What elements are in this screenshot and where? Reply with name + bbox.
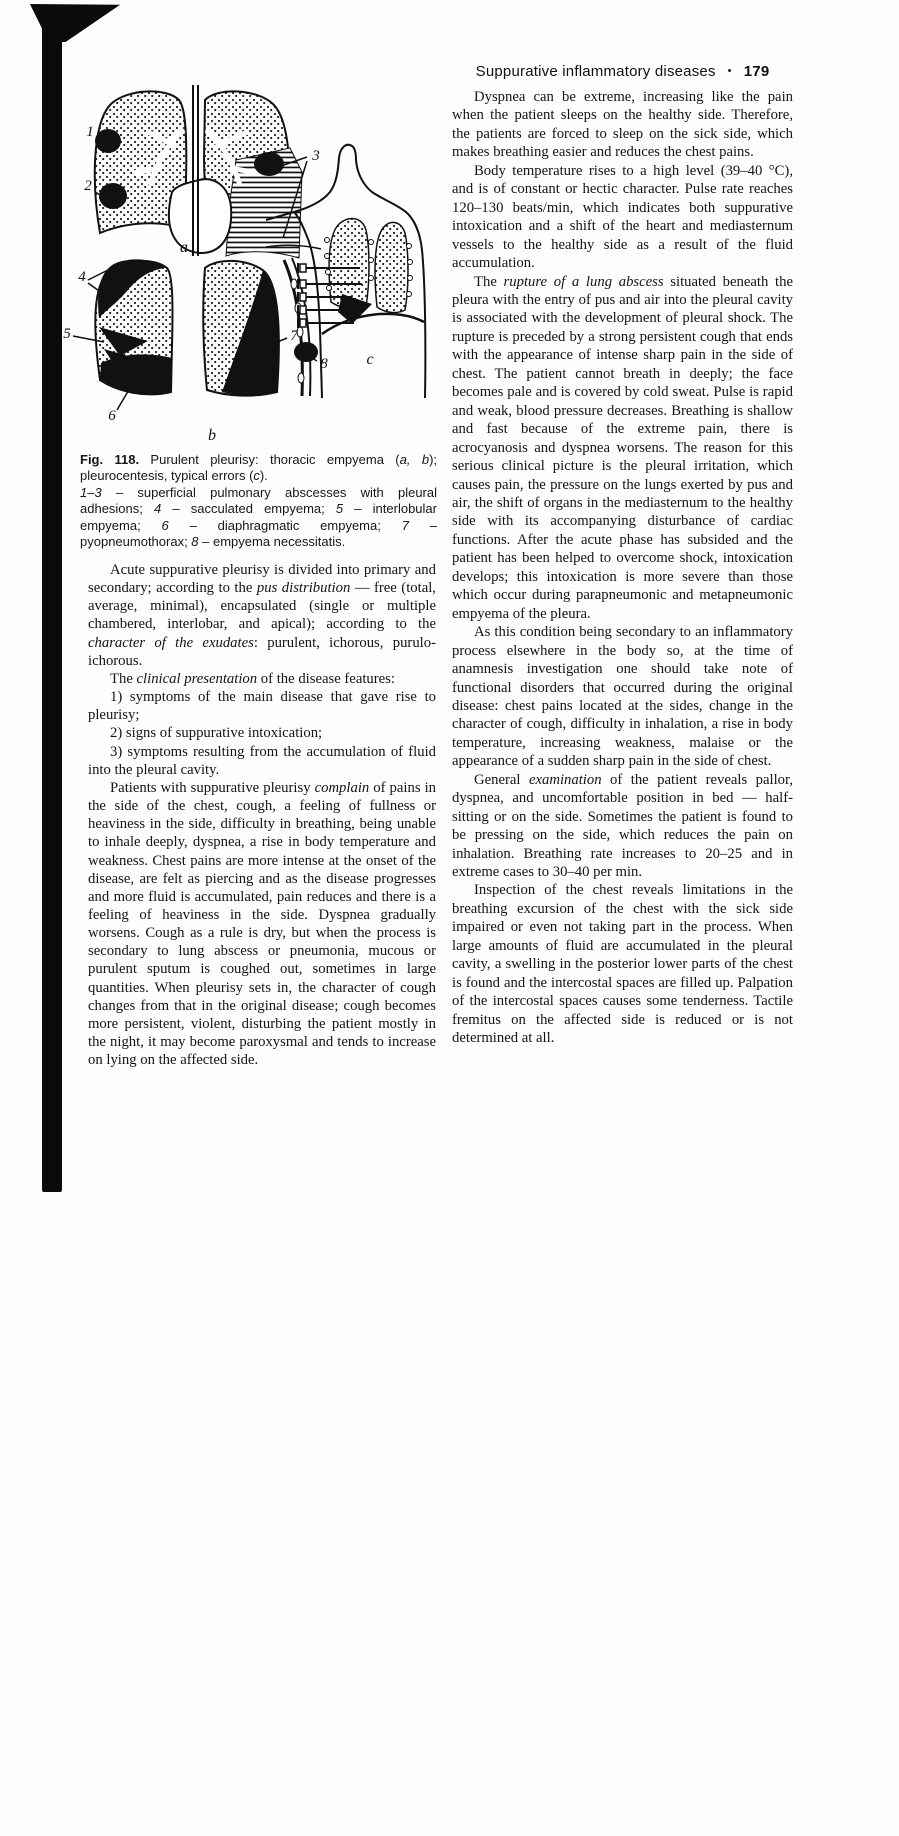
body-paragraph: Dyspnea can be extreme, increasing like … xyxy=(452,88,793,162)
body-paragraph: Body temperature rises to a high level (… xyxy=(452,162,793,273)
abscess-spot-3 xyxy=(254,152,284,176)
body-paragraph: As this condition being secondary to an … xyxy=(452,623,793,771)
body-paragraph: 2) signs of suppurative intoxication; xyxy=(88,724,436,742)
abscess-spot-1 xyxy=(95,129,121,153)
heart-outline xyxy=(169,179,231,253)
diaphragmatic-empyema-6 xyxy=(100,354,172,394)
running-head: Suppurative inflammatory diseases • 179 xyxy=(452,63,793,80)
running-head-title: Suppurative inflammatory diseases xyxy=(476,63,716,80)
body-paragraph: 1) symptoms of the main disease that gav… xyxy=(88,688,436,724)
page-number: 179 xyxy=(744,63,770,80)
panel-a-lungs-frontal: 1 2 3 a xyxy=(84,85,320,258)
book-page: Suppurative inflammatory diseases • 179 xyxy=(0,0,899,1836)
body-paragraph: General examination of the patient revea… xyxy=(452,771,793,882)
caption-line: Fig. 118. Purulent pleurisy: thoracic em… xyxy=(80,452,437,485)
panel-letter-a: a xyxy=(180,239,188,256)
callout-6: 6 xyxy=(108,408,116,424)
figure-118-illustration: 1 2 3 a 4 5 xyxy=(55,78,450,460)
body-paragraph: Inspection of the chest reveals limitati… xyxy=(452,881,793,1047)
body-paragraph: Patients with suppurative pleurisy compl… xyxy=(88,779,436,1070)
body-paragraph: Acute suppurative pleurisy is divided in… xyxy=(88,561,436,670)
callout-1: 1 xyxy=(86,124,94,140)
caption-line: 1–3 – superficial pulmonary abscesses wi… xyxy=(80,485,437,551)
body-paragraph: The rupture of a lung abscess situated b… xyxy=(452,273,793,624)
right-text-column: Dyspnea can be extreme, increasing like … xyxy=(452,88,793,1048)
callout-3: 3 xyxy=(311,148,320,164)
left-text-column: Acute suppurative pleurisy is divided in… xyxy=(88,561,436,1069)
panel-letter-c: c xyxy=(366,351,373,368)
figure-caption: Fig. 118. Purulent pleurisy: thoracic em… xyxy=(80,452,437,550)
callout-5: 5 xyxy=(63,326,71,342)
panel-b-lungs-empyema: 4 5 6 7 8 b xyxy=(63,258,328,444)
running-head-separator: • xyxy=(728,65,732,77)
callout-2: 2 xyxy=(84,178,92,194)
body-paragraph: 3) symptoms resulting from the accumulat… xyxy=(88,743,436,779)
body-paragraph: The clinical presentation of the disease… xyxy=(88,670,436,688)
callout-4: 4 xyxy=(78,269,86,285)
panel-letter-b: b xyxy=(208,427,216,444)
